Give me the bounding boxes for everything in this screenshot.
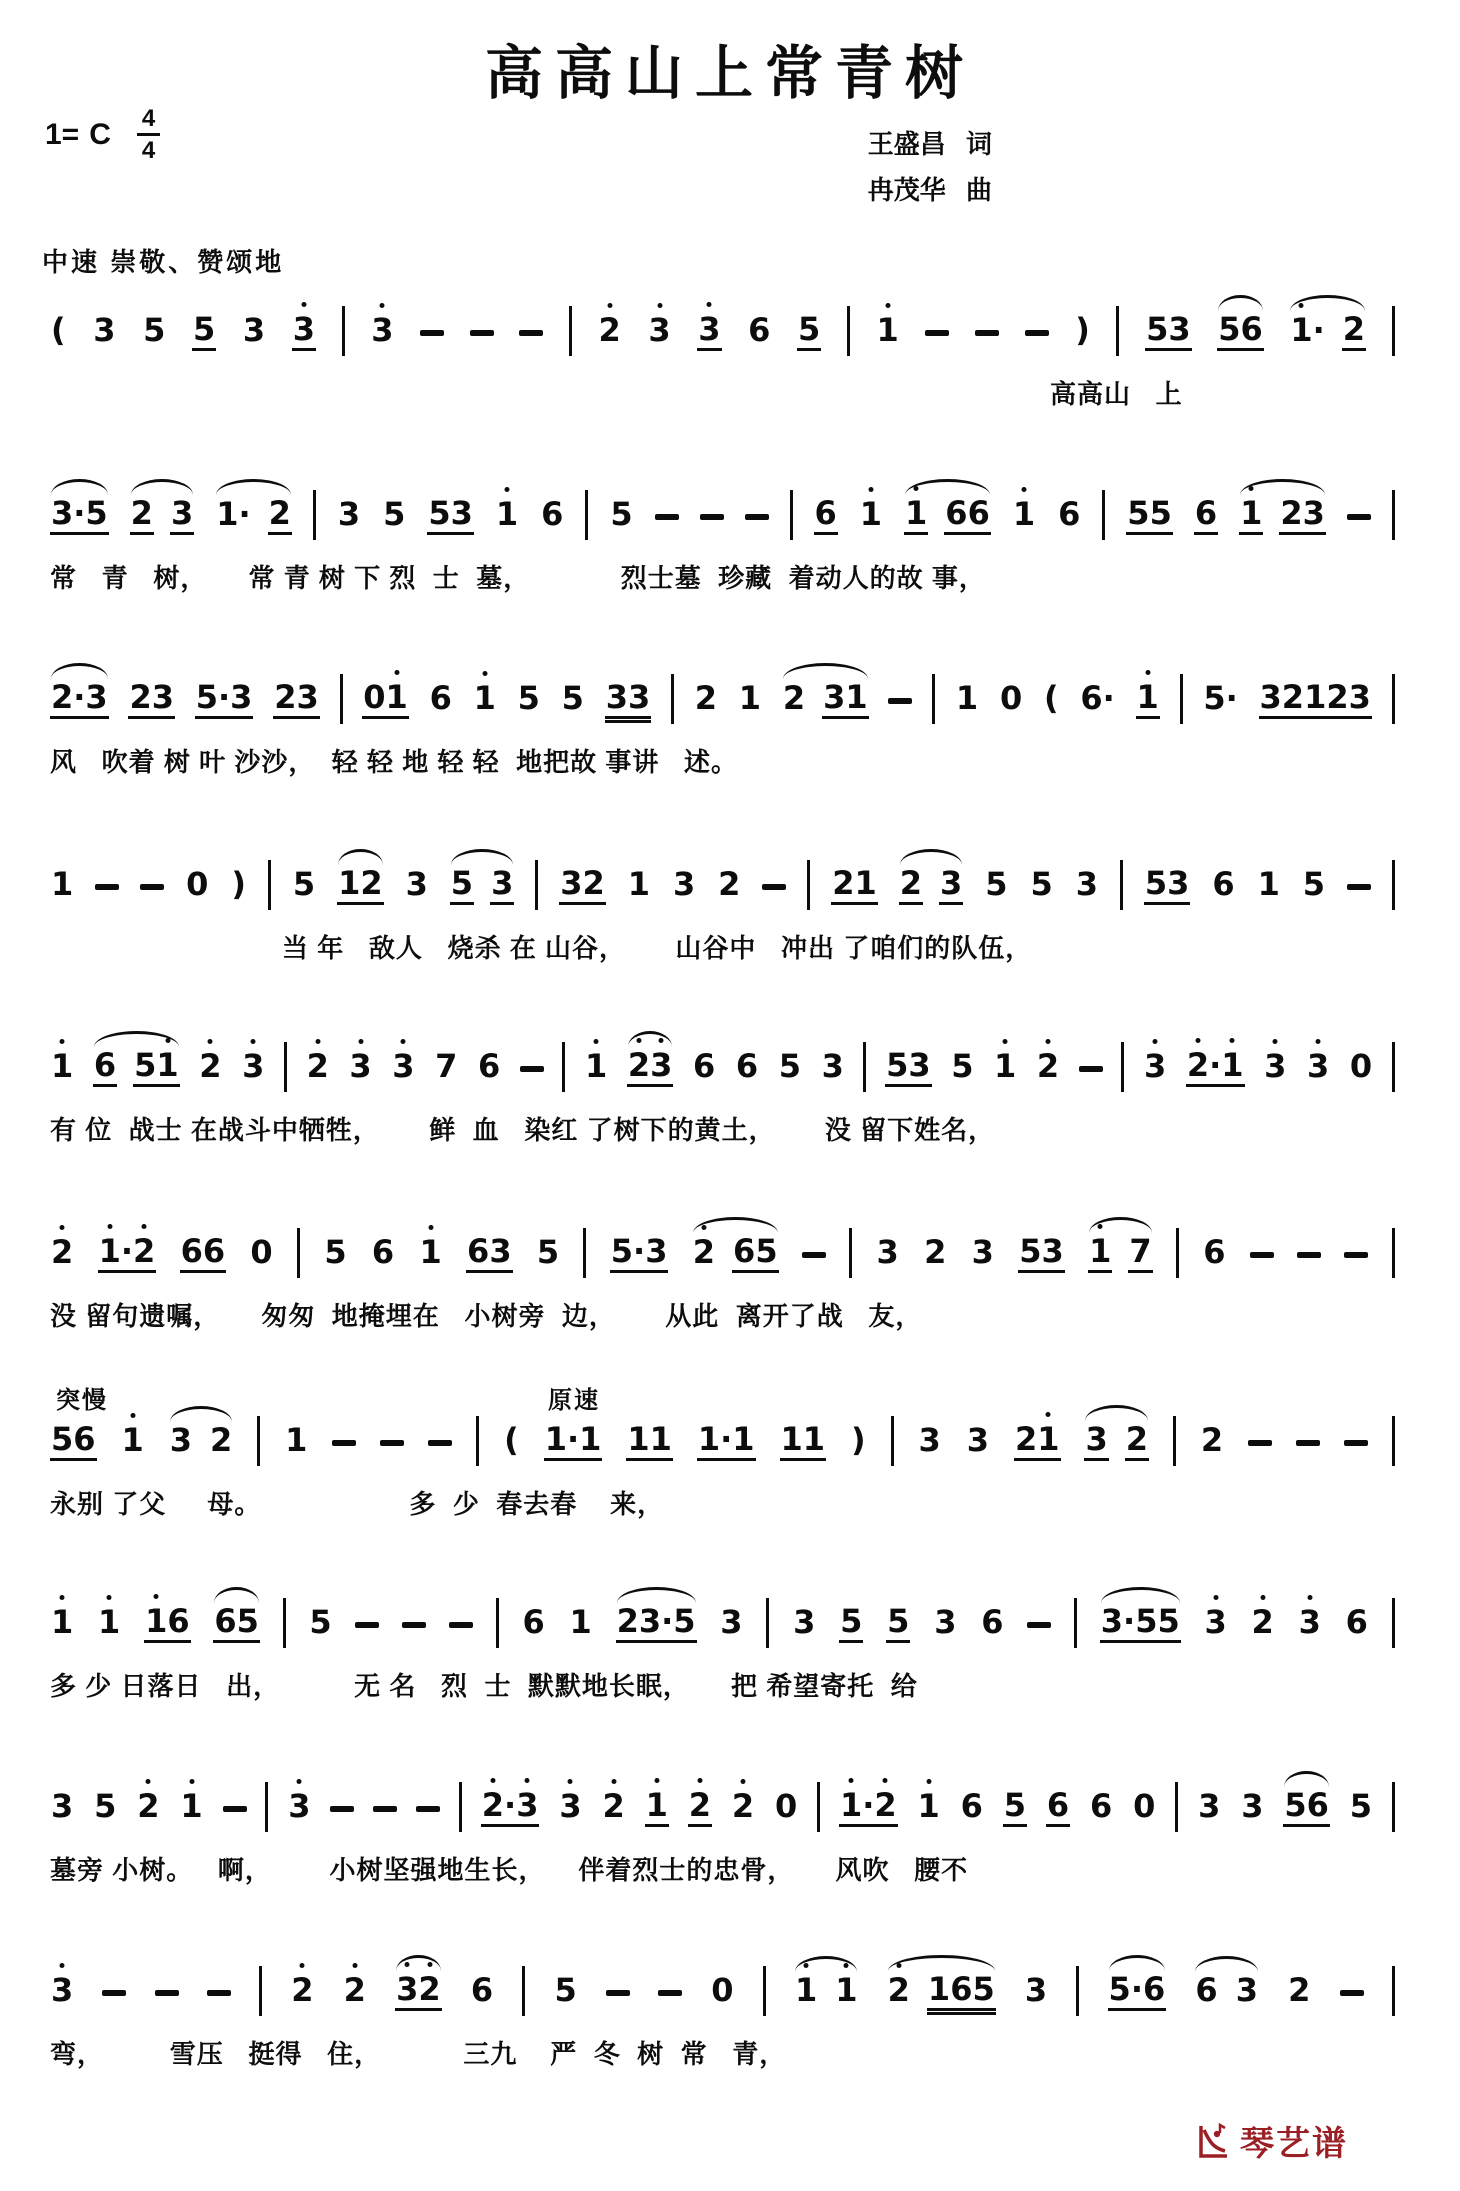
music-notation-line: 3223265011216535·6632	[50, 1960, 1395, 2022]
music-notation-line: 1651232337612366535351232·1330	[50, 1036, 1395, 1098]
key-signature: 1= C 4 4	[45, 106, 160, 163]
lyrics-line: 墓旁 小树。 啊， 小树坚强地生长， 伴着烈士的忠骨， 风吹 腰不	[50, 1850, 1395, 1887]
music-system-3: 2·3235·323016155332123110(6·15·32123 风 吹…	[50, 668, 1395, 779]
tempo-mark-a-tempo: 原速	[548, 1380, 600, 1415]
watermark-logo: 琴艺谱	[1194, 2116, 1348, 2165]
lyrics-line: 弯， 雪压 挺得 住， 三九 严 冬 树 常 青，	[50, 2034, 1395, 2071]
tempo-marking: 中速 崇敬、赞颂地	[42, 242, 284, 279]
composer-name: 冉茂华	[868, 175, 946, 205]
music-notation-line: 352132·33212201·216566033565	[50, 1776, 1395, 1838]
music-system-10: 3223265011216535·6632 弯， 雪压 挺得 住， 三九 严 冬…	[50, 1960, 1395, 2071]
lyrics-line: 当 年 敌人 烧杀 在 山谷， 山谷中 冲出 了咱们的队伍，	[50, 928, 1395, 965]
music-notation-line: 3·5231·235531656116616556123	[50, 484, 1395, 546]
music-notation-line: 21·26605616355·326532353176	[50, 1222, 1395, 1284]
music-system-7: 突慢 原速 561321(1·1111·111)3321322 永别 了父 母。…	[50, 1410, 1395, 1521]
lyrics-line: 永别 了父 母。 多 少 春去春 来，	[50, 1484, 1395, 1521]
tempo-mark-slower: 突慢	[56, 1380, 108, 1415]
page-title: 高高山上常青树	[0, 26, 1460, 110]
lyrics-line: 风 吹着 树 叶 沙沙， 轻 轻 地 轻 轻 地把故 事讲 述。	[50, 742, 1395, 779]
credits: 王盛昌 词 冉茂华 曲	[868, 122, 992, 213]
time-signature: 4 4	[137, 106, 160, 163]
lyricist-credit: 王盛昌 词	[868, 122, 992, 168]
composer-credit: 冉茂华 曲	[868, 168, 992, 214]
music-notation-line: 11166556123·53355363·553236	[50, 1592, 1395, 1654]
tonic-label: 1=	[45, 118, 79, 152]
music-notation-line: 561321(1·1111·111)3321322	[50, 1410, 1395, 1472]
music-system-4: 10)51235332132212355353615 当 年 敌人 烧杀 在 山…	[50, 854, 1395, 965]
lyrics-line: 多 少 日落日 出， 无 名 烈 士 默默地长眠， 把 希望寄托 给	[50, 1666, 1395, 1703]
meter-denominator: 4	[137, 136, 160, 163]
lyrics-line: 常 青 树， 常 青 树 下 烈 士 墓， 烈士墓 珍藏 着动人的故 事，	[50, 558, 1395, 595]
sheet-music-page: 高高山上常青树 1= C 4 4 王盛昌 词 冉茂华 曲 中速 崇敬、赞颂地 (…	[0, 0, 1460, 2191]
music-notation-line: 2·3235·323016155332123110(6·15·32123	[50, 668, 1395, 730]
composer-role: 曲	[966, 175, 992, 205]
music-system-9: 352132·33212201·216566033565 墓旁 小树。 啊， 小…	[50, 1776, 1395, 1887]
lyrics-line: 高高山 上	[50, 374, 1395, 411]
music-system-8: 11166556123·53355363·553236 多 少 日落日 出， 无…	[50, 1592, 1395, 1703]
music-notation-line: (355333233651)53561·2	[50, 300, 1395, 362]
music-system-6: 21·26605616355·326532353176 没 留句遗嘱， 匆匆 地…	[50, 1222, 1395, 1333]
lyrics-line: 没 留句遗嘱， 匆匆 地掩埋在 小树旁 边， 从此 离开了战 友，	[50, 1296, 1395, 1333]
meter-numerator: 4	[137, 106, 160, 136]
music-system-5: 1651232337612366535351232·1330 有 位 战士 在战…	[50, 1036, 1395, 1147]
music-notation-line: 10)51235332132212355353615	[50, 854, 1395, 916]
watermark-text: 琴艺谱	[1240, 2116, 1348, 2165]
music-system-2: 3·5231·235531656116616556123 常 青 树， 常 青 …	[50, 484, 1395, 595]
lyrics-line: 有 位 战士 在战斗中牺牲， 鲜 血 染红 了树下的黄土， 没 留下姓名，	[50, 1110, 1395, 1147]
music-system-1: (355333233651)53561·2 高高山 上	[50, 300, 1395, 411]
tonic: C	[89, 118, 111, 152]
piano-note-icon	[1194, 2121, 1234, 2161]
lyricist-name: 王盛昌	[868, 129, 946, 159]
lyricist-role: 词	[966, 129, 992, 159]
